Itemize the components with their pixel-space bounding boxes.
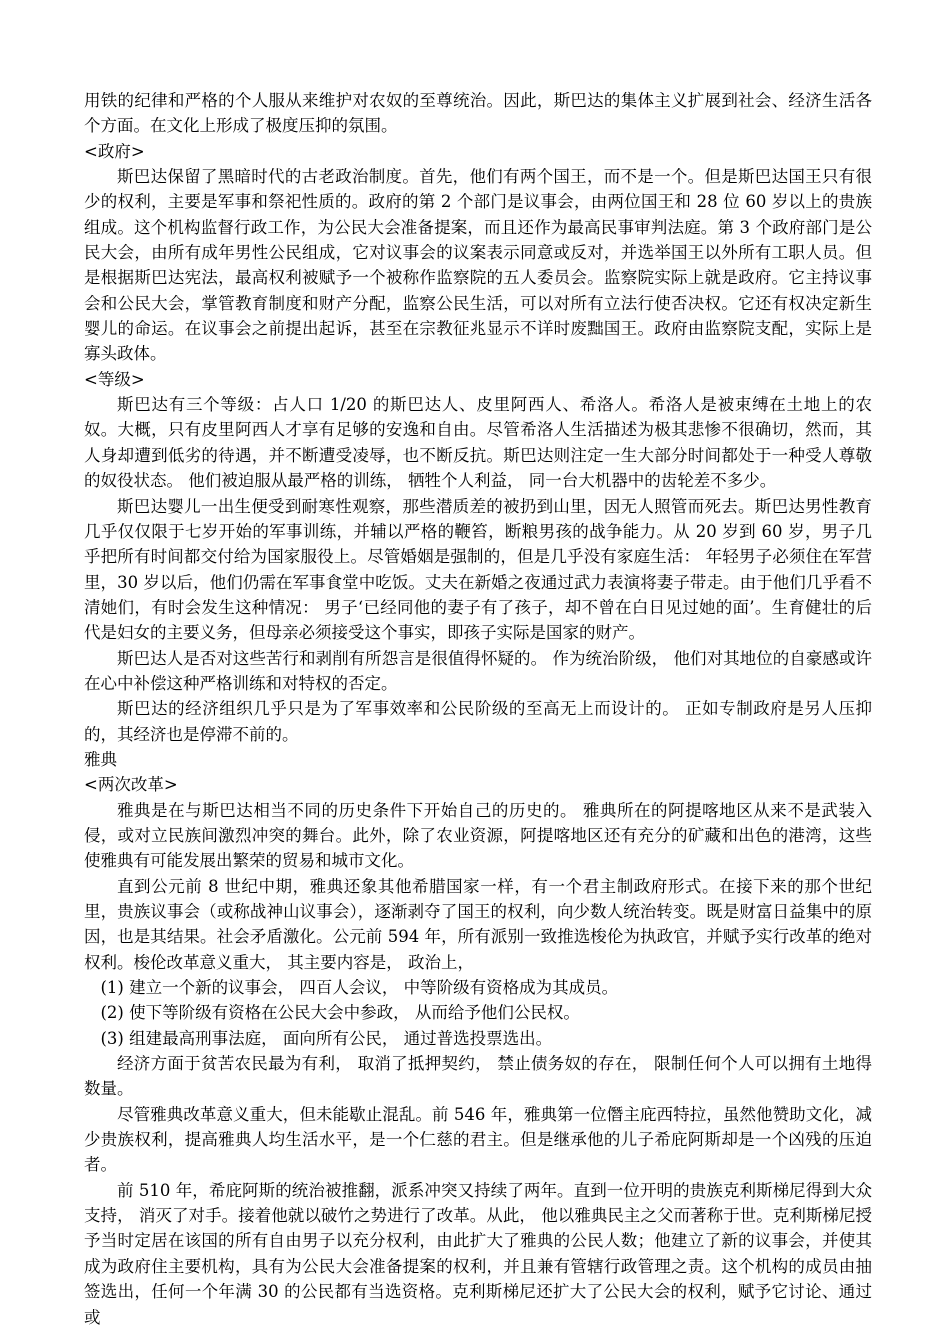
paragraph: 斯巴达婴儿一出生便受到耐寒性观察，那些潜质差的被扔到山里，因无人照管而死去。斯巴… (84, 494, 872, 646)
paragraph: 用铁的纪律和严格的个人服从来维护对农奴的至尊统治。因此，斯巴达的集体主义扩展到社… (84, 88, 872, 139)
document-page: 用铁的纪律和严格的个人服从来维护对农奴的至尊统治。因此，斯巴达的集体主义扩展到社… (0, 0, 950, 1344)
paragraph: 尽管雅典改革意义重大，但未能歇止混乱。前 546 年，雅典第一位僭主庇西特拉，虽… (84, 1102, 872, 1178)
section-heading: <等级> (84, 367, 872, 392)
section-heading: <两次改革> (84, 772, 872, 797)
document-body: 用铁的纪律和严格的个人服从来维护对农奴的至尊统治。因此，斯巴达的集体主义扩展到社… (84, 88, 872, 1330)
paragraph: 经济方面于贫苦农民最为有利， 取消了抵押契约， 禁止债务奴的存在， 限制任何个人… (84, 1051, 872, 1102)
paragraph: (3) 组建最高刑事法庭， 面向所有公民， 通过普选投票选出。 (84, 1026, 872, 1051)
section-heading: <政府> (84, 139, 872, 164)
paragraph: (1) 建立一个新的议事会， 四百人会议， 中等阶级有资格成为其成员。 (84, 975, 872, 1000)
paragraph: 斯巴达保留了黑暗时代的古老政治制度。首先，他们有两个国王，而不是一个。但是斯巴达… (84, 164, 872, 367)
paragraph: 斯巴达人是否对这些苦行和剥削有所怨言是很值得怀疑的。 作为统治阶级， 他们对其地… (84, 646, 872, 697)
paragraph: 雅典是在与斯巴达相当不同的历史条件下开始自己的历史的。 雅典所在的阿提喀地区从来… (84, 798, 872, 874)
paragraph: (2) 使下等阶级有资格在公民大会中参政， 从而给予他们公民权。 (84, 1000, 872, 1025)
paragraph: 斯巴达有三个等级：占人口 1/20 的斯巴达人、皮里阿西人、希洛人。希洛人是被束… (84, 392, 872, 493)
paragraph: 前 510 年，希庇阿斯的统治被推翻，派系冲突又持续了两年。直到一位开明的贵族克… (84, 1178, 872, 1330)
paragraph: 直到公元前 8 世纪中期，雅典还象其他希腊国家一样，有一个君主制政府形式。在接下… (84, 874, 872, 975)
section-heading: 雅典 (84, 747, 872, 772)
paragraph: 斯巴达的经济组织几乎只是为了军事效率和公民阶级的至高无上而设计的。 正如专制政府… (84, 696, 872, 747)
